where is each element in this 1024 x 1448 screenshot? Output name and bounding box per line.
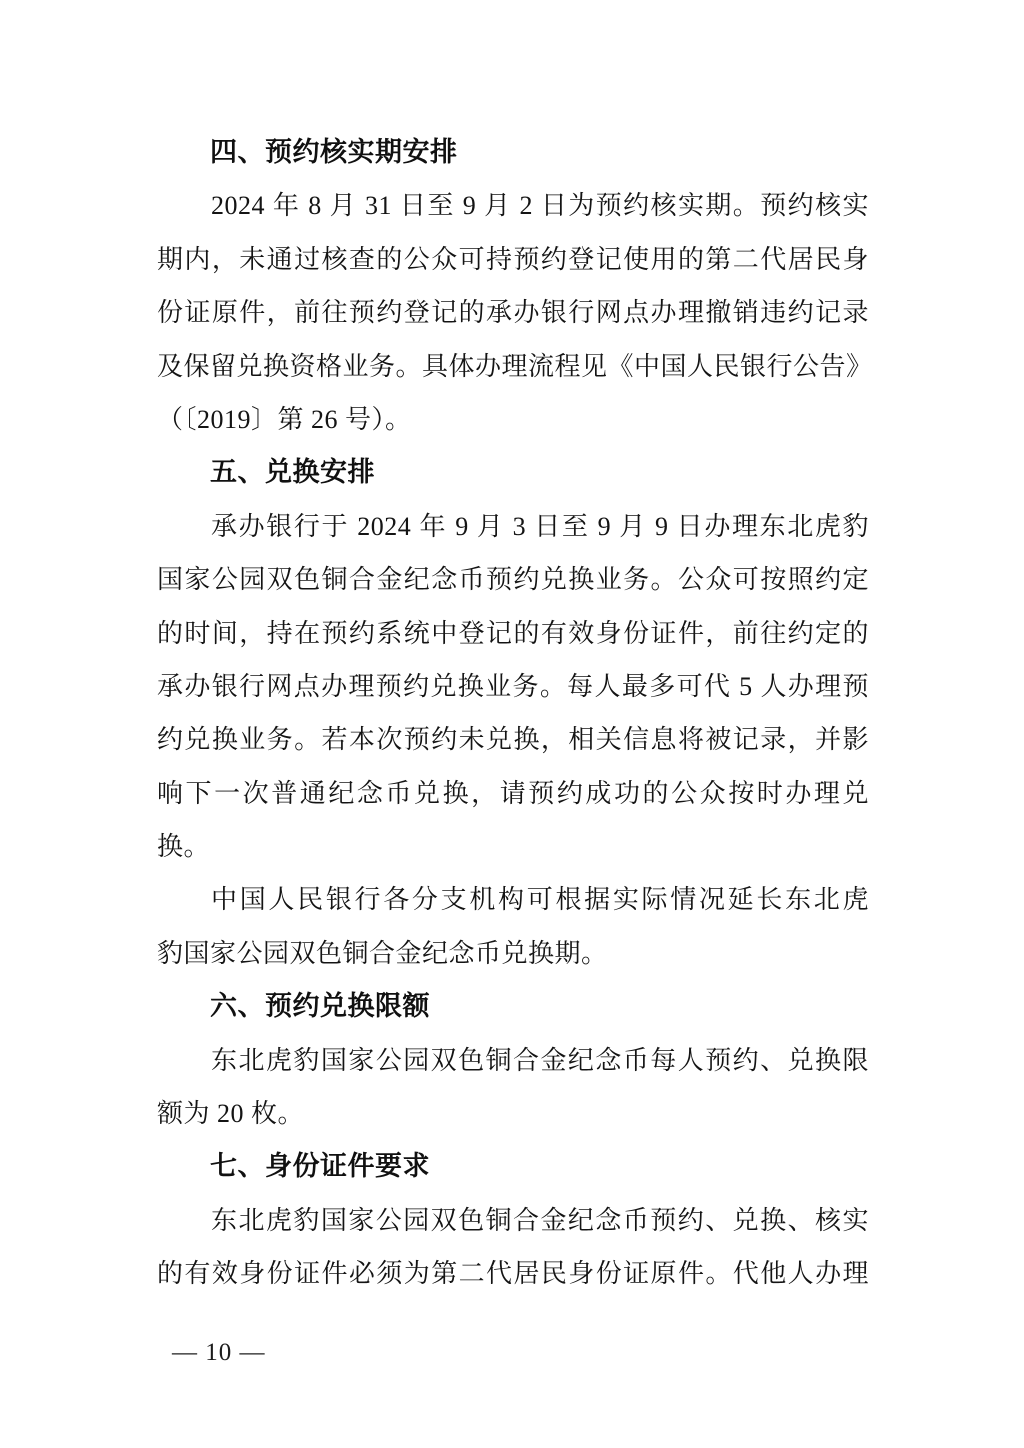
heading-section-seven: 七、身份证件要求 bbox=[157, 1140, 869, 1193]
heading-section-six: 六、预约兑换限额 bbox=[157, 980, 869, 1033]
body-line: 换。 bbox=[157, 820, 869, 873]
body-line: （〔2019〕第 26 号）。 bbox=[157, 393, 869, 446]
body-line: 份证原件，前往预约登记的承办银行网点办理撤销违约记录 bbox=[157, 286, 869, 339]
page-number: — 10 — bbox=[172, 1338, 266, 1368]
body-line: 东北虎豹国家公园双色铜合金纪念币预约、兑换、核实 bbox=[157, 1194, 869, 1247]
heading-section-four: 四、预约核实期安排 bbox=[157, 126, 869, 179]
body-line: 国家公园双色铜合金纪念币预约兑换业务。公众可按照约定 bbox=[157, 553, 869, 606]
body-line: 约兑换业务。若本次预约未兑换，相关信息将被记录，并影 bbox=[157, 713, 869, 766]
body-line: 及保留兑换资格业务。具体办理流程见《中国人民银行公告》 bbox=[157, 340, 869, 393]
body-line: 承办银行网点办理预约兑换业务。每人最多可代 5 人办理预 bbox=[157, 660, 869, 713]
body-line: 期内，未通过核查的公众可持预约登记使用的第二代居民身 bbox=[157, 233, 869, 286]
document-page: 四、预约核实期安排 2024 年 8 月 31 日至 9 月 2 日为预约核实期… bbox=[0, 0, 1024, 1448]
body-line: 响下一次普通纪念币兑换，请预约成功的公众按时办理兑 bbox=[157, 767, 869, 820]
body-line: 2024 年 8 月 31 日至 9 月 2 日为预约核实期。预约核实 bbox=[157, 179, 869, 232]
body-line: 中国人民银行各分支机构可根据实际情况延长东北虎 bbox=[157, 873, 869, 926]
document-body: 四、预约核实期安排 2024 年 8 月 31 日至 9 月 2 日为预约核实期… bbox=[157, 126, 869, 1301]
body-line: 的有效身份证件必须为第二代居民身份证原件。代他人办理 bbox=[157, 1247, 869, 1300]
body-line: 豹国家公园双色铜合金纪念币兑换期。 bbox=[157, 927, 869, 980]
body-line: 额为 20 枚。 bbox=[157, 1087, 869, 1140]
body-line: 的时间，持在预约系统中登记的有效身份证件，前往约定的 bbox=[157, 607, 869, 660]
body-line: 东北虎豹国家公园双色铜合金纪念币每人预约、兑换限 bbox=[157, 1034, 869, 1087]
body-line: 承办银行于 2024 年 9 月 3 日至 9 月 9 日办理东北虎豹 bbox=[157, 500, 869, 553]
heading-section-five: 五、兑换安排 bbox=[157, 446, 869, 499]
